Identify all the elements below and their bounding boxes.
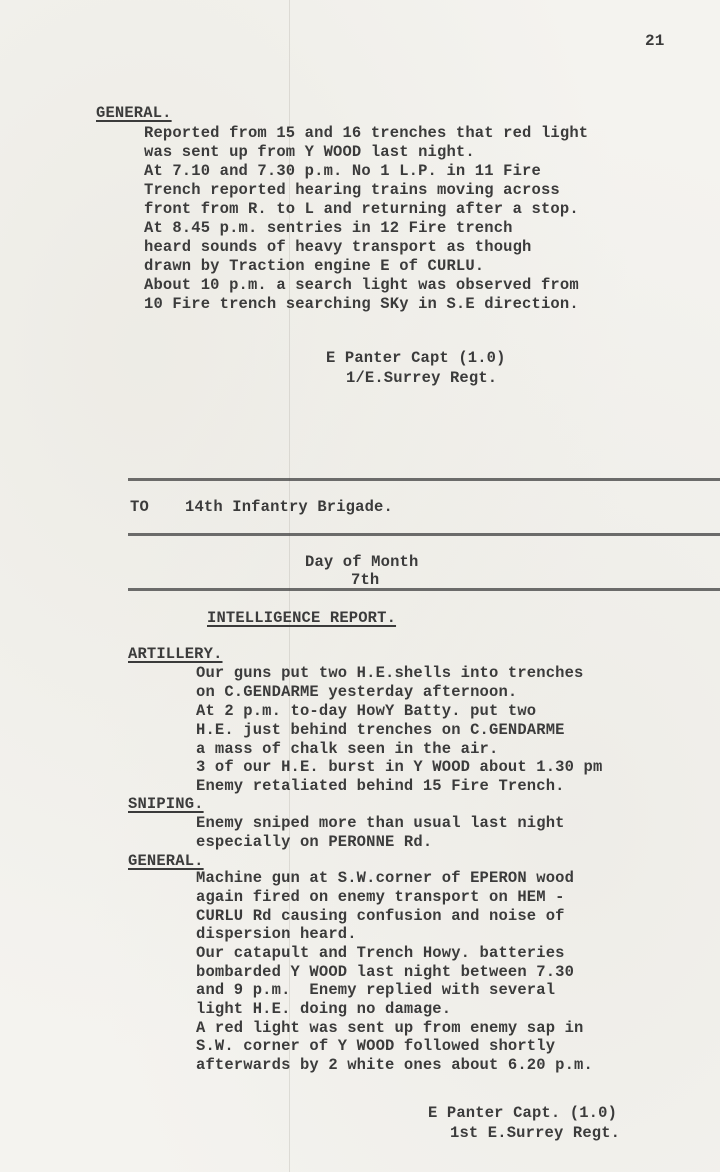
closing-signature-unit: 1st E.Surrey Regt. — [450, 1124, 620, 1143]
report-line: on C.GENDARME yesterday afternoon. — [196, 683, 517, 702]
signature-name: E Panter Capt (1.0) — [326, 349, 506, 368]
report-line: Trench reported hearing trains moving ac… — [144, 181, 560, 200]
addressee-name: 14th Infantry Brigade. — [185, 498, 393, 517]
divider-rule — [128, 588, 720, 591]
page-number: 21 — [645, 32, 665, 51]
section-heading-general-2: GENERAL. — [128, 852, 204, 871]
section-heading-general-1: GENERAL. — [96, 104, 172, 123]
report-line: About 10 p.m. a search light was observe… — [144, 276, 579, 295]
report-line: especially on PERONNE Rd. — [196, 833, 432, 852]
report-line: heard sounds of heavy transport as thoug… — [144, 238, 532, 257]
report-line: was sent up from Y WOOD last night. — [144, 143, 475, 162]
report-line: Reported from 15 and 16 trenches that re… — [144, 124, 588, 143]
report-line: 3 of our H.E. burst in Y WOOD about 1.30… — [196, 758, 602, 777]
report-line: Machine gun at S.W.corner of EPERON wood — [196, 869, 574, 888]
divider-rule — [128, 478, 720, 481]
report-line: At 7.10 and 7.30 p.m. No 1 L.P. in 11 Fi… — [144, 162, 541, 181]
report-line: 10 Fire trench searching SKy in S.E dire… — [144, 295, 579, 314]
report-line: and 9 p.m. Enemy replied with several — [196, 981, 555, 1000]
addressee-prefix: TO — [130, 498, 149, 517]
report-line: afterwards by 2 white ones about 6.20 p.… — [196, 1056, 593, 1075]
report-line: drawn by Traction engine E of CURLU. — [144, 257, 484, 276]
report-line: S.W. corner of Y WOOD followed shortly — [196, 1037, 555, 1056]
report-title: INTELLIGENCE REPORT. — [207, 609, 396, 628]
section-heading-artillery: ARTILLERY. — [128, 645, 223, 664]
divider-rule — [128, 533, 720, 536]
report-line: again fired on enemy transport on HEM - — [196, 888, 565, 907]
report-line: H.E. just behind trenches on C.GENDARME — [196, 721, 565, 740]
report-line: Our catapult and Trench Howy. batteries — [196, 944, 565, 963]
report-line: a mass of chalk seen in the air. — [196, 740, 498, 759]
report-line: front from R. to L and returning after a… — [144, 200, 579, 219]
section-heading-sniping: SNIPING. — [128, 795, 204, 814]
report-line: At 8.45 p.m. sentries in 12 Fire trench — [144, 219, 513, 238]
signature-unit: 1/E.Surrey Regt. — [346, 369, 497, 388]
date-label: Day of Month — [305, 553, 418, 572]
report-line: Our guns put two H.E.shells into trenche… — [196, 664, 584, 683]
report-line: light H.E. doing no damage. — [196, 1000, 451, 1019]
report-line: Enemy retaliated behind 15 Fire Trench. — [196, 777, 565, 796]
report-line: A red light was sent up from enemy sap i… — [196, 1019, 584, 1038]
closing-signature-name: E Panter Capt. (1.0) — [428, 1104, 617, 1123]
report-line: bombarded Y WOOD last night between 7.30 — [196, 963, 574, 982]
report-line: Enemy sniped more than usual last night — [196, 814, 565, 833]
report-line: CURLU Rd causing confusion and noise of — [196, 907, 565, 926]
report-line: At 2 p.m. to-day HowY Batty. put two — [196, 702, 536, 721]
report-line: dispersion heard. — [196, 925, 357, 944]
document-page: 21 GENERAL. Reported from 15 and 16 tren… — [0, 0, 720, 1172]
